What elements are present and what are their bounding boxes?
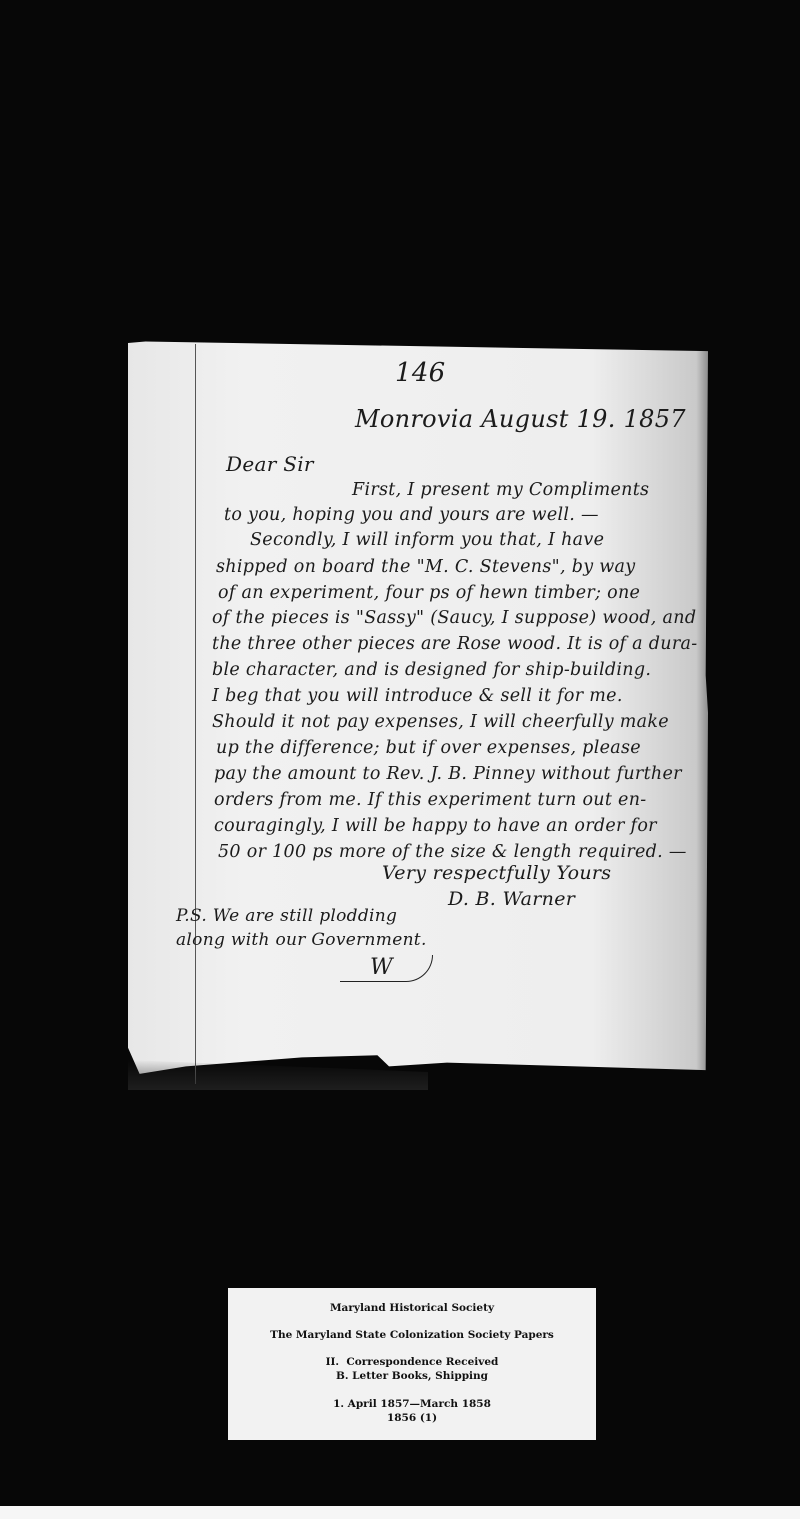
letter-line: First, I present my Compliments xyxy=(352,480,649,500)
page-footer-strip xyxy=(0,1506,800,1519)
letter-line: of the pieces is "Sassy" (Saucy, I suppo… xyxy=(212,608,696,628)
letter-line: the three other pieces are Rose wood. It… xyxy=(212,634,697,654)
card-institution: Maryland Historical Society xyxy=(228,1302,596,1314)
letter-line: orders from me. If this experiment turn … xyxy=(214,790,647,810)
letter-line: 50 or 100 ps more of the size & length r… xyxy=(218,842,687,862)
card-collection: The Maryland State Colonization Society … xyxy=(228,1329,596,1341)
letter-line: shipped on board the "M. C. Stevens", by… xyxy=(216,557,635,577)
archive-label-card: Maryland Historical Society The Maryland… xyxy=(228,1288,596,1440)
letter-line: of an experiment, four ps of hewn timber… xyxy=(218,583,640,603)
card-subseries: B. Letter Books, Shipping xyxy=(228,1370,596,1382)
postscript-line: along with our Government. xyxy=(176,930,427,950)
signature-flourish xyxy=(340,955,433,982)
letter-line: Should it not pay expenses, I will cheer… xyxy=(212,712,669,732)
postscript-line: P.S. We are still plodding xyxy=(176,906,397,926)
letter-line: to you, hoping you and yours are well. — xyxy=(224,505,599,525)
card-series: II. Correspondence Received xyxy=(228,1356,596,1368)
letter-line: I beg that you will introduce & sell it … xyxy=(212,686,623,706)
margin-rule xyxy=(195,344,196,1084)
page-number: 146 xyxy=(395,358,446,388)
letter-line: pay the amount to Rev. J. B. Pinney with… xyxy=(214,764,682,784)
letter-line: Secondly, I will inform you that, I have xyxy=(250,530,604,550)
card-volume: 1. April 1857—March 1858 xyxy=(228,1398,596,1410)
signature: D. B. Warner xyxy=(448,888,575,910)
dateline: Monrovia August 19. 1857 xyxy=(355,405,686,433)
letter-line: up the difference; but if over expenses,… xyxy=(216,738,641,758)
letter-line: couragingly, I will be happy to have an … xyxy=(214,816,657,836)
letter-line: ble character, and is designed for ship-… xyxy=(212,660,651,680)
card-reel: 1856 (1) xyxy=(228,1412,596,1424)
salutation: Dear Sir xyxy=(226,452,314,476)
closing: Very respectfully Yours xyxy=(382,862,611,884)
